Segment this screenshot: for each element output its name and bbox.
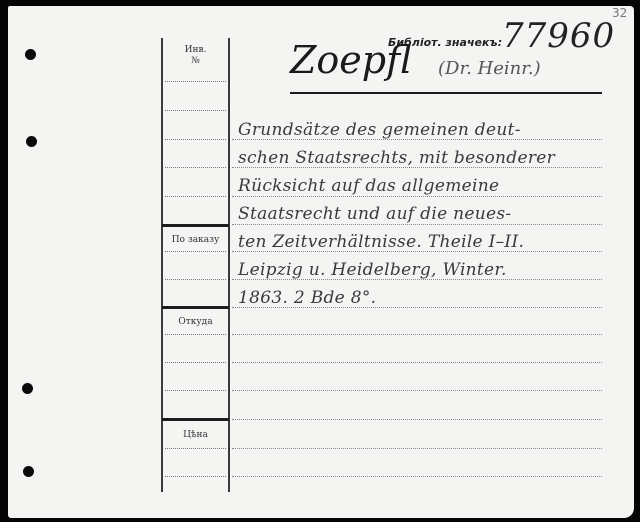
dotted-rule — [232, 448, 602, 449]
dotted-rule — [232, 334, 602, 335]
dotted-rule — [232, 196, 602, 197]
section-separator — [162, 224, 229, 227]
price-label: Цѣна — [163, 430, 228, 441]
corner-number: 32 — [612, 6, 627, 20]
dotted-rule — [165, 139, 226, 140]
dotted-rule — [165, 251, 226, 252]
entry-line: Staatsrecht und auf die neues- — [238, 204, 511, 224]
punch-hole-icon — [25, 49, 36, 60]
dotted-rule — [165, 334, 226, 335]
entry-line: Rücksicht auf das allgemeine — [238, 176, 499, 196]
dotted-rule — [232, 390, 602, 391]
dotted-rule — [165, 167, 226, 168]
section-separator — [162, 306, 229, 309]
column-border-left — [161, 38, 163, 492]
entry-line: schen Staatsrechts, mit besonderer — [238, 148, 555, 168]
column-border-right — [228, 38, 230, 492]
call-number: 77960 — [502, 16, 615, 56]
source-label: Откуда — [163, 317, 228, 328]
author-underline — [290, 92, 602, 94]
field-label-source: Откуда — [163, 317, 228, 328]
dotted-rule — [165, 476, 226, 477]
field-label-price: Цѣна — [163, 430, 228, 441]
dotted-rule — [165, 279, 226, 280]
punch-hole-icon — [23, 466, 34, 477]
punch-hole-icon — [26, 136, 37, 147]
entry-line: Leipzig u. Heidelberg, Winter. — [238, 260, 507, 280]
entry-line: 1863. 2 Bde 8°. — [238, 288, 376, 308]
punch-hole-icon — [22, 383, 33, 394]
entry-line: ten Zeitverhältnisse. Theile I–II. — [238, 232, 524, 252]
by-order-label: По заказу — [163, 235, 228, 246]
dotted-rule — [232, 224, 602, 225]
field-label-order: По заказу — [163, 235, 228, 246]
author-qualifier: (Dr. Heinr.) — [438, 58, 541, 79]
dotted-rule — [165, 390, 226, 391]
inventory-label: Инв. — [163, 45, 228, 56]
dotted-rule — [165, 362, 226, 363]
dotted-rule — [165, 196, 226, 197]
number-sign-label: № — [163, 56, 228, 67]
dotted-rule — [232, 362, 602, 363]
catalog-card: Инв. № По заказу Откуда Цѣна Библіот. зн… — [8, 6, 634, 518]
dotted-rule — [165, 81, 226, 82]
section-separator — [162, 418, 229, 421]
dotted-rule — [165, 110, 226, 111]
entry-line: Grundsätze des gemeinen deut- — [238, 120, 521, 140]
dotted-rule — [232, 476, 602, 477]
dotted-rule — [165, 448, 226, 449]
field-label-inventory: Инв. № — [163, 45, 228, 67]
dotted-rule — [232, 419, 602, 420]
author-name: Zoepfl — [290, 38, 411, 82]
